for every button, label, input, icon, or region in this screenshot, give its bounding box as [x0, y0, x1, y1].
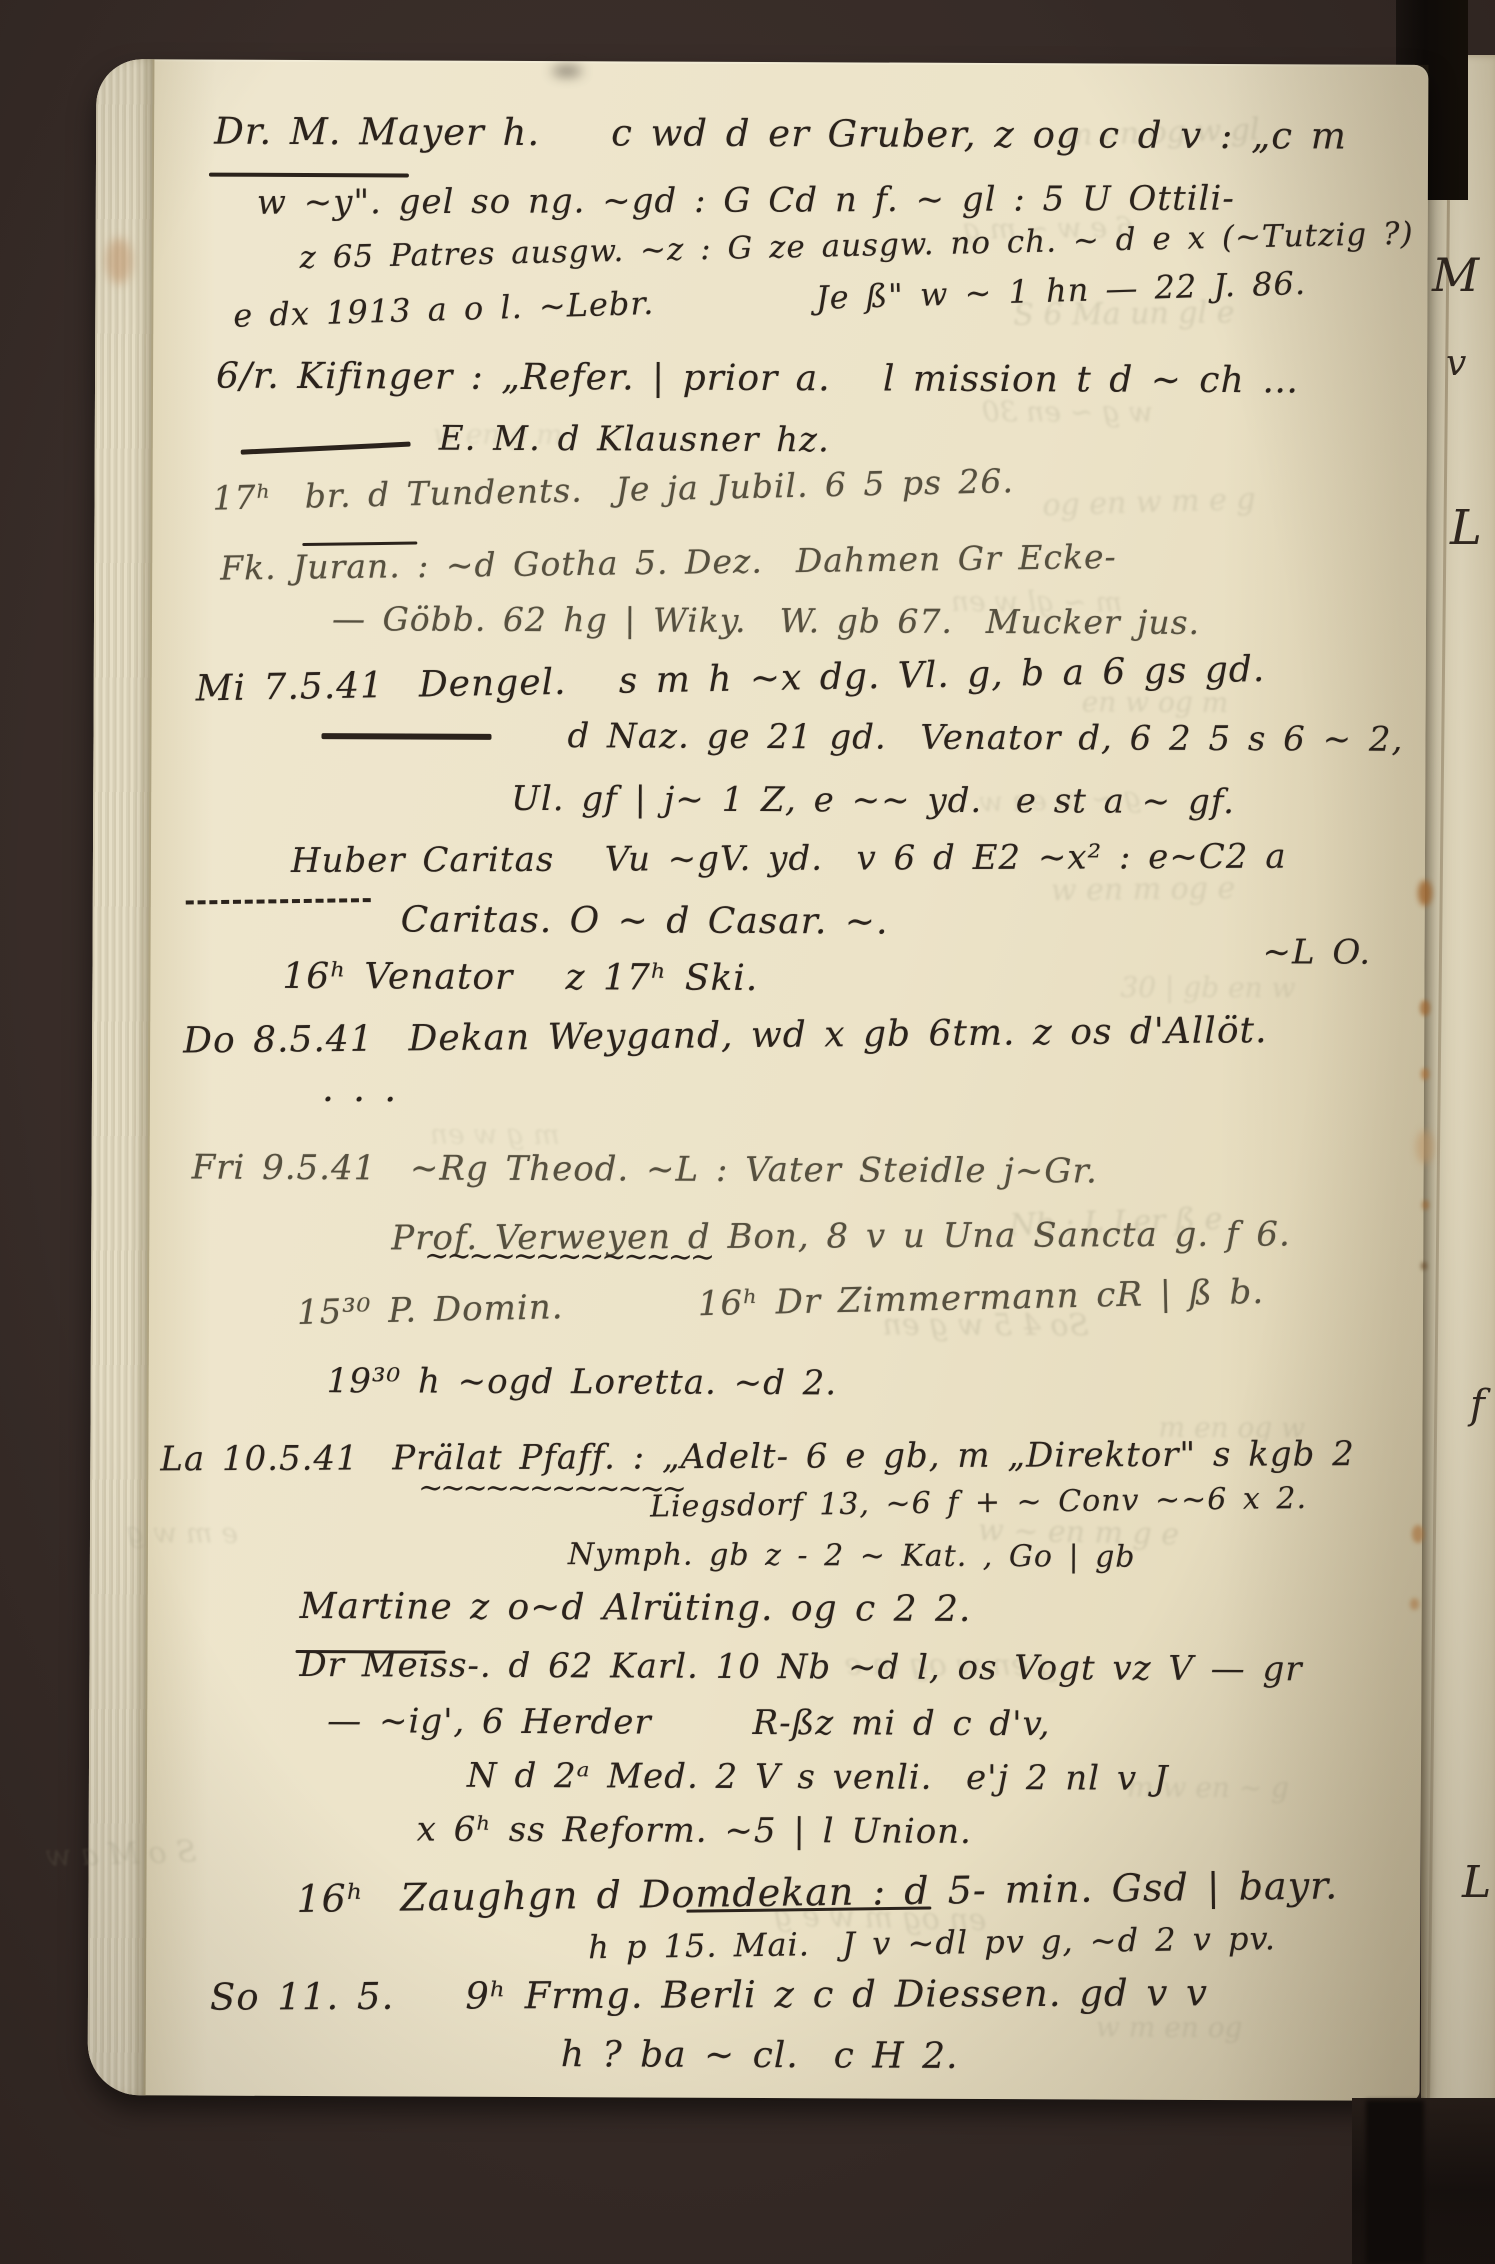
handwritten-line: d Naz. ge 21 gd. Venator d, 6 2 5 s 6 ~ …: [567, 719, 1403, 757]
ink-underline: [295, 1650, 445, 1654]
right-page-ink-mark: v: [1446, 346, 1466, 382]
handwritten-line: 19³⁰ h ~ogd Loretta. ~d 2.: [327, 1364, 838, 1400]
foxing-spot: [1416, 1130, 1434, 1164]
handwritten-line: Nymph. gb z - 2 ~ Kat. , Go | gb: [568, 1540, 1136, 1572]
handwritten-line: Liegsdorf 13, ~6 f + ~ Conv ~~6 x 2.: [650, 1484, 1307, 1523]
right-page-ink-mark: L: [1462, 1861, 1491, 1905]
photo-of-notebook: m en og w gl6 e w ~ m gS 6 Ma un gl ew g…: [0, 0, 1495, 2264]
handwritten-line: Huber Caritas Vu ~gV. yd. v 6 d E2 ~x² :…: [291, 840, 1287, 878]
ink-underline: [241, 442, 411, 455]
ink-underline: ~~~~~~~~~~~~: [418, 1489, 684, 1490]
handwritten-line: N d 2ᵃ Med. 2 V s venli. e'j 2 nl v J: [467, 1759, 1169, 1796]
handwritten-line: — Göbb. 62 hg | Wiky. W. gb 67. Mucker j…: [332, 602, 1200, 639]
handwritten-line: h p 15. Mai. J v ~dl pv g, ~d 2 v pv.: [588, 1922, 1276, 1963]
foxing-spot: [1412, 1525, 1424, 1543]
foxing-spot: [1418, 880, 1432, 906]
page-face: m en og w gl6 e w ~ m gS 6 Ma un gl ew g…: [144, 59, 1429, 2101]
foxing-spot: [1421, 1068, 1429, 1080]
handwritten-line: 15³⁰ P. Domin. 16ʰ Dr Zimmermann cR | ß …: [297, 1275, 1265, 1330]
ink-underline: [321, 733, 491, 740]
handwritten-line: h ? ba ~ cl. c H 2.: [561, 2037, 959, 2075]
handwritten-line: La 10.5.41 Prälat Pfaff. : „Adelt- 6 e g…: [160, 1437, 1355, 1476]
showthrough-layer: m en og w gl6 e w ~ m gS 6 Ma un gl ew g…: [152, 59, 1428, 65]
showthrough-text: m g w en: [430, 1121, 560, 1150]
handwritten-line: 6/r. Kifinger : „Refer. | prior a. l mis…: [216, 359, 1299, 400]
handwritten-line: Ul. gf | j~ 1 Z, e ~~ yd. e st a ~ gf.: [511, 782, 1235, 819]
book-cover-edge: [1366, 2100, 1424, 2264]
handwritten-line: So 11. 5. 9ʰ Frmg. Berli z c d Diessen. …: [210, 1974, 1208, 2015]
foxing-spot: [1420, 1000, 1430, 1016]
handwritten-line: 17ʰ br. d Tundents. Je ja Jubil. 6 5 ps …: [212, 464, 1014, 514]
right-page-ink-mark: M: [1432, 252, 1479, 298]
notebook-left-page: m en og w gl6 e w ~ m gS 6 Ma un gl ew g…: [88, 59, 1429, 2101]
showthrough-text: S o M a w: [45, 1838, 197, 1873]
handwritten-line: E. M. d Klausner hz.: [439, 422, 830, 458]
foxing-spot: [1421, 1262, 1427, 1270]
handwritten-line: Dr. M. Mayer h. c wd d er Gruber, z og c…: [214, 113, 1347, 155]
handwritten-line: Dr Meiss-. d 62 Karl. 10 Nb ~d l, os Vog…: [299, 1648, 1302, 1686]
handwritten-line: ~L O.: [1262, 935, 1371, 969]
handwriting-layer: Dr. M. Mayer h. c wd d er Gruber, z og c…: [152, 59, 1428, 65]
ink-stroke-layer: ~~~~~~~~~~~~~~~~~~~~~~~~~: [152, 59, 1428, 65]
showthrough-text: w en m og e: [1051, 874, 1236, 906]
handwritten-line: Fk. Juran. : ~d Gotha 5. Dez. Dahmen Gr …: [220, 540, 1117, 585]
ink-underline: [186, 898, 371, 904]
handwritten-line: x 6ʰ ss Reform. ~5 | l Union.: [417, 1813, 972, 1849]
showthrough-text: e m w g: [126, 1519, 238, 1547]
handwritten-line: — ~ig', 6 Herder R-ßz mi d c d'v,: [327, 1704, 1050, 1741]
foxing-spot: [552, 66, 582, 76]
handwritten-line: w ~y". gel so ng. ~gd : G Cd n f. ~ gl :…: [257, 182, 1235, 220]
handwritten-line: Martine z o~d Alrüting. og c 2 2.: [300, 1589, 972, 1628]
handwritten-line: 16ʰ Venator z 17ʰ Ski.: [282, 959, 758, 997]
handwritten-line: Caritas. O ~ d Casar. ~.: [401, 902, 889, 940]
right-page-ink-mark: L: [1450, 504, 1482, 552]
foxing-spot: [1410, 1598, 1419, 1610]
ink-underline: [209, 173, 409, 178]
handwritten-line: Fri 9.5.41 ~Rg Theod. ~L : Vater Steidle…: [192, 1151, 1098, 1189]
showthrough-text: w g ~ en 30: [982, 398, 1153, 427]
right-page-ink-mark: f: [1470, 1385, 1485, 1425]
foxing-spot: [106, 238, 132, 284]
showthrough-text: 30 | gb en w: [1120, 974, 1295, 1003]
foxing-spot: [1422, 1200, 1429, 1210]
handwritten-line: Do 8.5.41 Dekan Weygand, wd x gb 6tm. z …: [183, 1013, 1268, 1059]
ink-underline: ~~~~~~~~~~~~~: [424, 1257, 712, 1258]
showthrough-text: w m en og: [1096, 2013, 1243, 2042]
showthrough-text: og en w m e g: [1042, 485, 1256, 521]
handwritten-line: · · ·: [322, 1080, 398, 1118]
